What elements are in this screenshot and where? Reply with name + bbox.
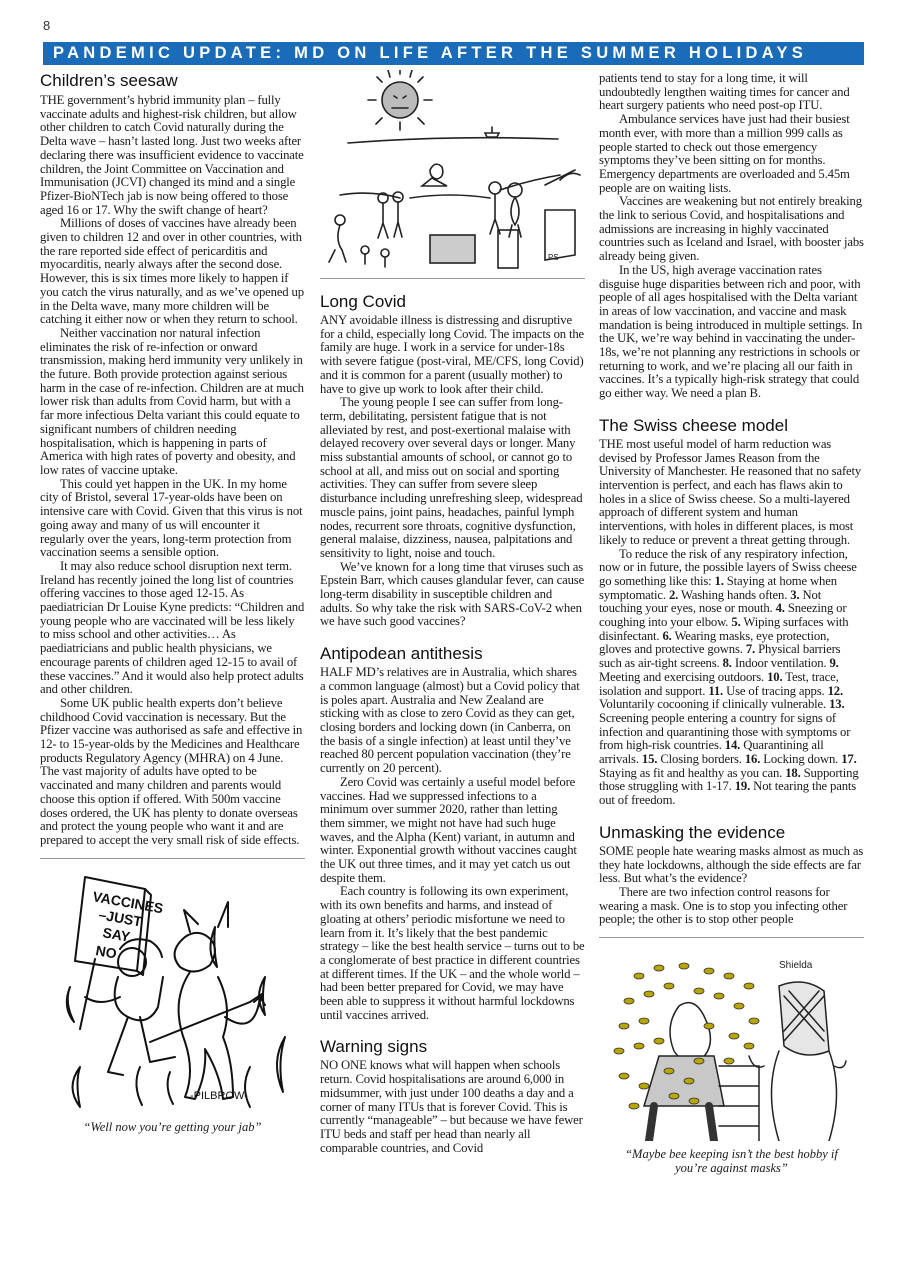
paragraph: Zero Covid was certainly a useful model …	[320, 776, 585, 886]
paragraph: The young people I see can suffer from l…	[320, 396, 585, 560]
paragraph: Some UK public health experts don’t beli…	[40, 697, 305, 848]
layer-number: 4.	[776, 601, 785, 615]
beach-cartoon-illustration: PS	[320, 70, 585, 270]
layer-list: 1. Staying at home when symptomatic. 2. …	[599, 574, 859, 807]
layer-text: Closing borders.	[657, 752, 742, 766]
page-number: 8	[43, 18, 50, 33]
heading-antipodean: Antipodean antithesis	[320, 643, 585, 664]
layer-number: 16.	[745, 752, 760, 766]
swiss-cheese-layers: To reduce the risk of any respiratory in…	[599, 548, 864, 808]
layer-text: Meeting and exercising outdoors.	[599, 670, 764, 684]
paragraph: Millions of doses of vaccines have alrea…	[40, 217, 305, 327]
paragraph: It may also reduce school disruption nex…	[40, 560, 305, 697]
layer-number: 13.	[829, 697, 844, 711]
paragraph: This could yet happen in the UK. In my h…	[40, 478, 305, 560]
cartoon-signature: Shielda	[779, 960, 813, 971]
paragraph: THE most useful model of harm reduction …	[599, 438, 864, 548]
layer-number: 9.	[829, 656, 838, 670]
layer-text: Staying as fit and healthy as you can.	[599, 766, 782, 780]
layer-number: 11.	[708, 684, 723, 698]
paragraph: Neither vaccination nor natural infectio…	[40, 327, 305, 478]
layer-number: 2.	[669, 588, 678, 602]
cartoon-caption: “Maybe bee keeping isn’t the best hobby …	[599, 1147, 864, 1175]
layer-number: 14.	[725, 738, 740, 752]
svg-text:NO: NO	[94, 942, 118, 961]
paragraph: THE government’s hybrid immunity plan – …	[40, 94, 305, 217]
section-banner: PANDEMIC UPDATE: MD ON LIFE AFTER THE SU…	[43, 42, 864, 65]
heading-long-covid: Long Covid	[320, 291, 585, 312]
heading-childrens-seesaw: Children’s seesaw	[40, 70, 305, 91]
cartoon-caption: “Well now you’re getting your jab”	[40, 1120, 305, 1134]
column-3: patients tend to stay for a long time, i…	[599, 72, 864, 1175]
layer-number: 1.	[715, 574, 724, 588]
heading-swiss-cheese: The Swiss cheese model	[599, 415, 864, 436]
layer-number: 17.	[841, 752, 856, 766]
paragraph: In the US, high average vaccination rate…	[599, 264, 864, 401]
divider	[599, 937, 864, 938]
layer-text: Voluntarily cocooning if clinically vuln…	[599, 697, 826, 711]
layer-number: 6.	[662, 629, 671, 643]
cartoon-signature: PS	[548, 253, 559, 262]
paragraph: Vaccines are weakening but not entirely …	[599, 195, 864, 264]
cartoon-signature: -PILBROW-	[190, 1090, 248, 1102]
paragraph: NO ONE knows what will happen when schoo…	[320, 1059, 585, 1155]
devil-cartoon: VACCINES –JUST SAY NO -PILBROW- “Well no…	[40, 867, 305, 1134]
layer-text: Washing hands often.	[678, 588, 787, 602]
paragraph: Ambulance services have just had their b…	[599, 113, 864, 195]
bee-cartoon-illustration: Shielda	[599, 946, 864, 1141]
beach-cartoon: PS	[320, 70, 585, 275]
divider	[40, 858, 305, 859]
devil-cartoon-illustration: VACCINES –JUST SAY NO -PILBROW-	[40, 867, 305, 1112]
layer-number: 7.	[746, 642, 755, 656]
paragraph: HALF MD’s relatives are in Australia, wh…	[320, 666, 585, 776]
layer-text: Indoor ventilation.	[732, 656, 827, 670]
layer-text: Locking down.	[760, 752, 838, 766]
layer-number: 5.	[731, 615, 740, 629]
heading-unmasking: Unmasking the evidence	[599, 822, 864, 843]
layer-number: 12.	[828, 684, 843, 698]
bee-cartoon: Shielda “Maybe bee keeping isn’t the bes…	[599, 946, 864, 1175]
layer-number: 8.	[723, 656, 732, 670]
paragraph: patients tend to stay for a long time, i…	[599, 72, 864, 113]
column-2: PS Long Covid ANY avoidable illness is d…	[320, 70, 585, 1155]
svg-text:SAY: SAY	[101, 924, 132, 945]
paragraph: SOME people hate wearing masks almost as…	[599, 845, 864, 886]
paragraph: We’ve known for a long time that viruses…	[320, 561, 585, 630]
paragraph: There are two infection control reasons …	[599, 886, 864, 927]
layer-number: 19.	[735, 779, 750, 793]
column-1: Children’s seesaw THE government’s hybri…	[40, 70, 305, 1134]
heading-warning-signs: Warning signs	[320, 1036, 585, 1057]
layer-number: 18.	[785, 766, 800, 780]
layer-number: 10.	[767, 670, 782, 684]
paragraph: ANY avoidable illness is distressing and…	[320, 314, 585, 396]
paragraph: Each country is following its own experi…	[320, 885, 585, 1022]
layer-number: 15.	[642, 752, 657, 766]
layer-text: Use of tracing apps.	[723, 684, 825, 698]
